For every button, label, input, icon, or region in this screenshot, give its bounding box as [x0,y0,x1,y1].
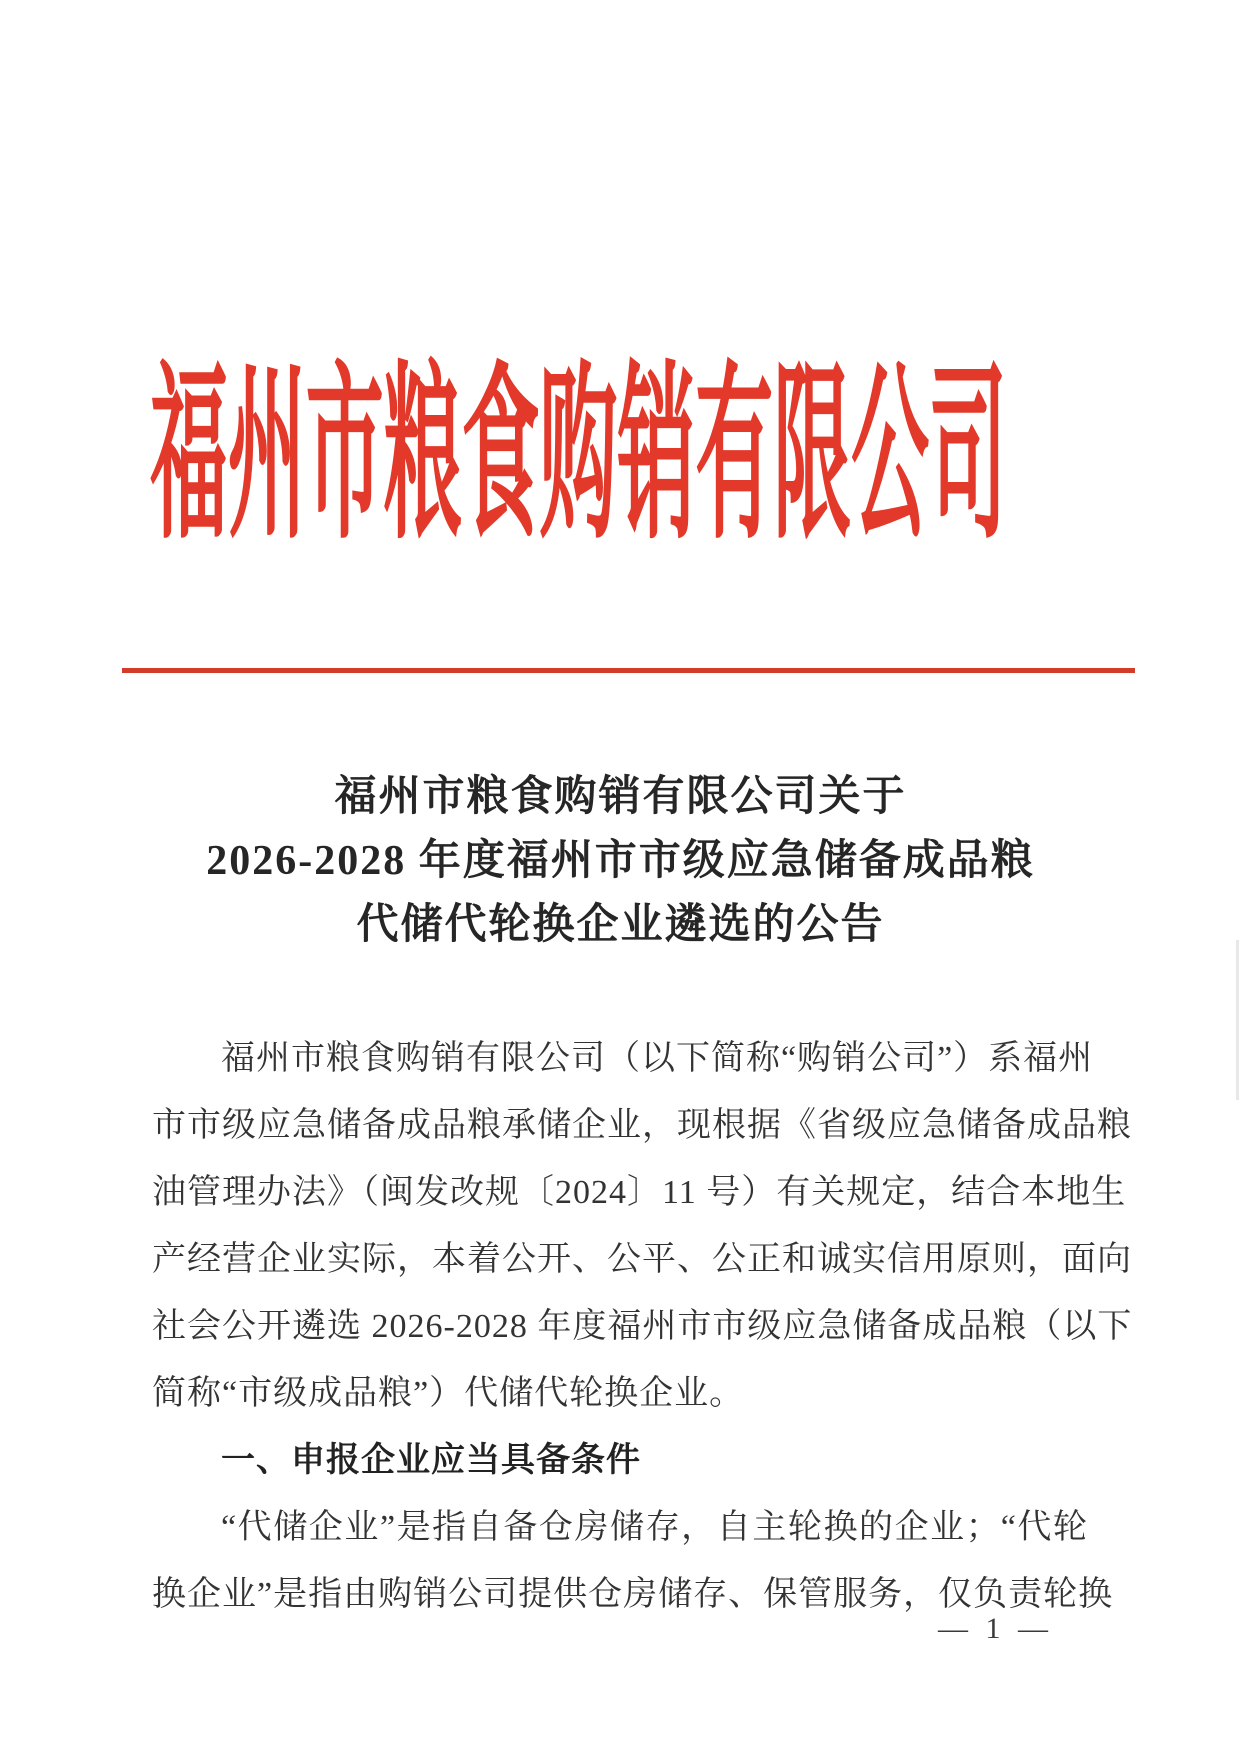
document-body: 福州市粮食购销有限公司（以下简称“购销公司”）系福州 市市级应急储备成品粮承储企… [152,1025,1088,1628]
paragraph1-line-6: 简称“市级成品粮”）代储代轮换企业。 [152,1360,1088,1427]
scan-edge-artifact [1236,940,1239,1100]
paragraph1-line-4: 产经营企业实际，本着公开、公平、公正和诚实信用原则，面向 [152,1226,1088,1293]
paragraph1-line-1: 福州市粮食购销有限公司（以下简称“购销公司”）系福州 [152,1025,1088,1092]
document-title: 福州市粮食购销有限公司关于 2026-2028 年度福州市市级应急储备成品粮 代… [0,765,1241,957]
section-1-heading: 一、申报企业应当具备条件 [152,1427,1088,1494]
letterhead-divider-line [122,668,1135,673]
letterhead-company-name: 福州市粮食购销有限公司 [150,362,1007,552]
document-title-line-1: 福州市粮食购销有限公司关于 [0,765,1241,829]
document-title-line-3: 代储代轮换企业遴选的公告 [0,893,1241,957]
paragraph1-line-2: 市市级应急储备成品粮承储企业，现根据《省级应急储备成品粮 [152,1092,1088,1159]
document-page: 福州市粮食购销有限公司 福州市粮食购销有限公司关于 2026-2028 年度福州… [0,0,1241,1755]
document-title-line-2: 2026-2028 年度福州市市级应急储备成品粮 [0,829,1241,893]
paragraph1-line-5: 社会公开遴选 2026-2028 年度福州市市级应急储备成品粮（以下 [152,1293,1088,1360]
page-number: — 1 — [938,1612,1053,1646]
paragraph2-line-1: “代储企业”是指自备仓房储存，自主轮换的企业；“代轮 [152,1494,1088,1561]
paragraph1-line-3: 油管理办法》（闽发改规〔2024〕11 号）有关规定，结合本地生 [152,1159,1088,1226]
